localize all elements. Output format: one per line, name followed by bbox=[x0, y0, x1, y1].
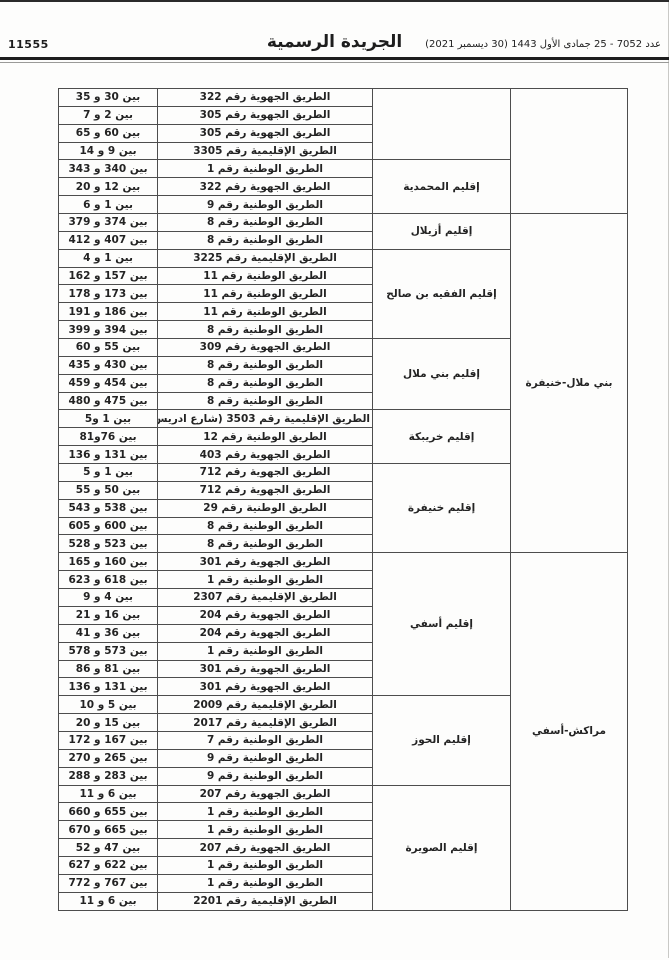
province-cell: إقليم الحوز bbox=[373, 696, 511, 785]
road-name-cell: الطريق الوطنية رقم 12 bbox=[158, 428, 373, 446]
km-range-cell: بين 1 و 4 bbox=[59, 249, 158, 267]
table-row: الطريق الجهوية رقم 322بين 30 و 35 bbox=[59, 89, 628, 107]
road-name-cell: الطريق الجهوية رقم 322 bbox=[158, 178, 373, 196]
km-range-cell: بين 157 و 162 bbox=[59, 267, 158, 285]
km-range-cell: بين 394 و 399 bbox=[59, 321, 158, 339]
table-row: بني ملال-خنيفرةإقليم أزيلالالطريق الوطني… bbox=[59, 214, 628, 232]
province-cell: إقليم أسفي bbox=[373, 553, 511, 696]
road-name-cell: الطريق الإقليمية رقم 3305 bbox=[158, 142, 373, 160]
km-range-cell: بين 4 و 9 bbox=[59, 589, 158, 607]
road-name-cell: الطريق الوطنية رقم 9 bbox=[158, 767, 373, 785]
page-header: 11555 الجريدة الرسمية عدد 7052 - 25 جماد… bbox=[0, 30, 669, 56]
km-range-cell: بين 60 و 65 bbox=[59, 124, 158, 142]
road-name-cell: الطريق الجهوية رقم 712 bbox=[158, 481, 373, 499]
road-name-cell: الطريق الوطنية رقم 8 bbox=[158, 374, 373, 392]
km-range-cell: بين 340 و 343 bbox=[59, 160, 158, 178]
road-name-cell: الطريق الجهوية رقم 301 bbox=[158, 678, 373, 696]
km-range-cell: بين 6 و 11 bbox=[59, 785, 158, 803]
road-name-cell: الطريق الوطنية رقم 8 bbox=[158, 535, 373, 553]
road-name-cell: الطريق الوطنية رقم 1 bbox=[158, 856, 373, 874]
province-cell: إقليم بني ملال bbox=[373, 339, 511, 410]
km-range-cell: بين 186 و 191 bbox=[59, 303, 158, 321]
road-name-cell: الطريق الجهوية رقم 204 bbox=[158, 606, 373, 624]
km-range-cell: بين 6 و 11 bbox=[59, 892, 158, 910]
page-top-edge bbox=[0, 0, 669, 2]
road-name-cell: الطريق الجهوية رقم 305 bbox=[158, 106, 373, 124]
header-rule-thick bbox=[0, 57, 669, 60]
km-range-cell: بين 665 و 670 bbox=[59, 821, 158, 839]
table-row: مراكش-أسفيإقليم أسفيالطريق الجهوية رقم 3… bbox=[59, 553, 628, 571]
road-name-cell: الطريق الوطنية رقم 1 bbox=[158, 803, 373, 821]
road-name-cell: الطريق الوطنية رقم 1 bbox=[158, 874, 373, 892]
province-cell: إقليم المحمدية bbox=[373, 160, 511, 214]
road-name-cell: الطريق الإقليمية رقم 3503 (شارع ادريس ال… bbox=[158, 410, 373, 428]
km-range-cell: بين 76و81 bbox=[59, 428, 158, 446]
road-name-cell: الطريق الوطنية رقم 1 bbox=[158, 160, 373, 178]
road-name-cell: الطريق الإقليمية رقم 2017 bbox=[158, 714, 373, 732]
region-cell: مراكش-أسفي bbox=[511, 553, 628, 910]
road-name-cell: الطريق الإقليمية رقم 2307 bbox=[158, 589, 373, 607]
km-range-cell: بين 167 و 172 bbox=[59, 731, 158, 749]
km-range-cell: بين 538 و 543 bbox=[59, 499, 158, 517]
km-range-cell: بين 374 و 379 bbox=[59, 214, 158, 232]
km-range-cell: بين 9 و 14 bbox=[59, 142, 158, 160]
km-range-cell: بين 36 و 41 bbox=[59, 624, 158, 642]
road-name-cell: الطريق الوطنية رقم 11 bbox=[158, 285, 373, 303]
road-name-cell: الطريق الإقليمية رقم 2201 bbox=[158, 892, 373, 910]
km-range-cell: بين 1 و 6 bbox=[59, 196, 158, 214]
km-range-cell: بين 55 و 60 bbox=[59, 339, 158, 357]
road-name-cell: الطريق الوطنية رقم 8 bbox=[158, 517, 373, 535]
km-range-cell: بين 655 و 660 bbox=[59, 803, 158, 821]
km-range-cell: بين 12 و 20 bbox=[59, 178, 158, 196]
km-range-cell: بين 16 و 21 bbox=[59, 606, 158, 624]
road-name-cell: الطريق الجهوية رقم 305 bbox=[158, 124, 373, 142]
road-name-cell: الطريق الوطنية رقم 8 bbox=[158, 321, 373, 339]
road-name-cell: الطريق الجهوية رقم 301 bbox=[158, 660, 373, 678]
km-range-cell: بين 160 و 165 bbox=[59, 553, 158, 571]
roads-table-body: الطريق الجهوية رقم 322بين 30 و 35الطريق … bbox=[59, 89, 628, 911]
road-name-cell: الطريق الوطنية رقم 9 bbox=[158, 749, 373, 767]
road-name-cell: الطريق الوطنية رقم 8 bbox=[158, 356, 373, 374]
km-range-cell: بين 523 و 528 bbox=[59, 535, 158, 553]
road-name-cell: الطريق الوطنية رقم 7 bbox=[158, 731, 373, 749]
road-name-cell: الطريق الجهوية رقم 712 bbox=[158, 464, 373, 482]
province-cell: إقليم خنيفرة bbox=[373, 464, 511, 553]
road-name-cell: الطريق الوطنية رقم 1 bbox=[158, 821, 373, 839]
province-cell bbox=[373, 89, 511, 160]
km-range-cell: بين 81 و 86 bbox=[59, 660, 158, 678]
road-name-cell: الطريق الوطنية رقم 29 bbox=[158, 499, 373, 517]
roads-table: الطريق الجهوية رقم 322بين 30 و 35الطريق … bbox=[58, 88, 628, 911]
km-range-cell: بين 2 و 7 bbox=[59, 106, 158, 124]
road-name-cell: الطريق الوطنية رقم 1 bbox=[158, 642, 373, 660]
region-cell bbox=[511, 89, 628, 214]
road-name-cell: الطريق الجهوية رقم 322 bbox=[158, 89, 373, 107]
issue-date-line: عدد 7052 - 25 جمادى الأول 1443 (30 ديسمب… bbox=[425, 39, 661, 50]
road-name-cell: الطريق الوطنية رقم 8 bbox=[158, 231, 373, 249]
km-range-cell: بين 475 و 480 bbox=[59, 392, 158, 410]
road-name-cell: الطريق الوطنية رقم 9 bbox=[158, 196, 373, 214]
km-range-cell: بين 618 و 623 bbox=[59, 571, 158, 589]
km-range-cell: بين 622 و 627 bbox=[59, 856, 158, 874]
province-cell: إقليم أزيلال bbox=[373, 214, 511, 250]
km-range-cell: بين 131 و 136 bbox=[59, 678, 158, 696]
road-name-cell: الطريق الجهوية رقم 309 bbox=[158, 339, 373, 357]
km-range-cell: بين 50 و 55 bbox=[59, 481, 158, 499]
km-range-cell: بين 1 و5 bbox=[59, 410, 158, 428]
road-name-cell: الطريق الجهوية رقم 204 bbox=[158, 624, 373, 642]
road-name-cell: الطريق الوطنية رقم 8 bbox=[158, 392, 373, 410]
km-range-cell: بين 767 و 772 bbox=[59, 874, 158, 892]
road-name-cell: الطريق الجهوية رقم 207 bbox=[158, 785, 373, 803]
region-cell: بني ملال-خنيفرة bbox=[511, 214, 628, 553]
km-range-cell: بين 47 و 52 bbox=[59, 839, 158, 857]
km-range-cell: بين 1 و 5 bbox=[59, 464, 158, 482]
road-name-cell: الطريق الجهوية رقم 301 bbox=[158, 553, 373, 571]
km-range-cell: بين 430 و 435 bbox=[59, 356, 158, 374]
km-range-cell: بين 265 و 270 bbox=[59, 749, 158, 767]
km-range-cell: بين 15 و 20 bbox=[59, 714, 158, 732]
road-name-cell: الطريق الوطنية رقم 1 bbox=[158, 571, 373, 589]
road-name-cell: الطريق الجهوية رقم 207 bbox=[158, 839, 373, 857]
road-name-cell: الطريق الجهوية رقم 403 bbox=[158, 446, 373, 464]
km-range-cell: بين 454 و 459 bbox=[59, 374, 158, 392]
km-range-cell: بين 5 و 10 bbox=[59, 696, 158, 714]
km-range-cell: بين 173 و 178 bbox=[59, 285, 158, 303]
km-range-cell: بين 131 و 136 bbox=[59, 446, 158, 464]
header-rule-thin bbox=[0, 62, 669, 63]
road-name-cell: الطريق الوطنية رقم 8 bbox=[158, 214, 373, 232]
km-range-cell: بين 283 و 288 bbox=[59, 767, 158, 785]
road-name-cell: الطريق الوطنية رقم 11 bbox=[158, 303, 373, 321]
province-cell: إقليم الفقيه بن صالح bbox=[373, 249, 511, 338]
road-name-cell: الطريق الوطنية رقم 11 bbox=[158, 267, 373, 285]
km-range-cell: بين 407 و 412 bbox=[59, 231, 158, 249]
km-range-cell: بين 30 و 35 bbox=[59, 89, 158, 107]
road-name-cell: الطريق الإقليمية رقم 2009 bbox=[158, 696, 373, 714]
km-range-cell: بين 573 و 578 bbox=[59, 642, 158, 660]
province-cell: إقليم الصويرة bbox=[373, 785, 511, 910]
province-cell: إقليم خريبكة bbox=[373, 410, 511, 464]
km-range-cell: بين 600 و 605 bbox=[59, 517, 158, 535]
road-name-cell: الطريق الإقليمية رقم 3225 bbox=[158, 249, 373, 267]
